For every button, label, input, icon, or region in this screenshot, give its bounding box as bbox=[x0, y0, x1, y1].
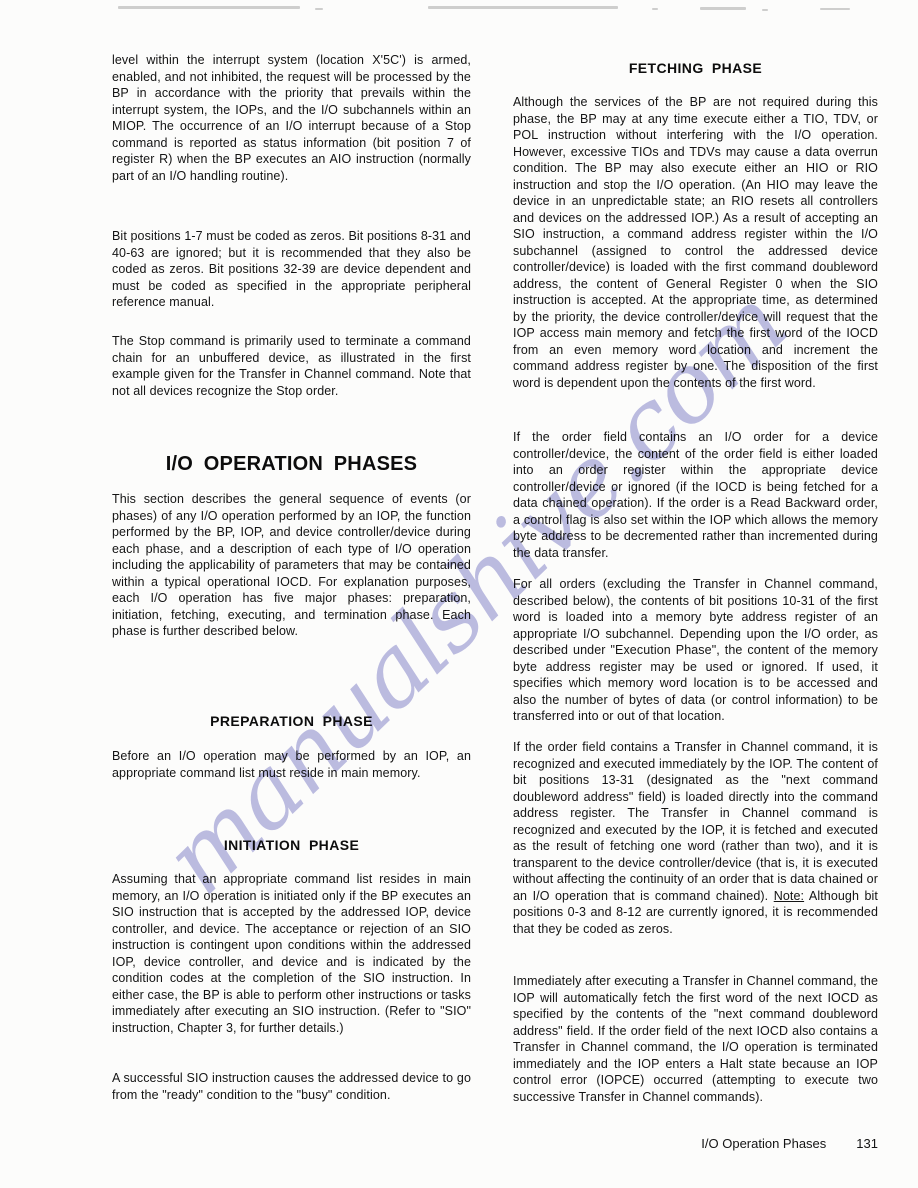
heading-initiation-phase: INITIATION PHASE bbox=[112, 837, 471, 853]
heading-fetching-phase: FETCHING PHASE bbox=[513, 60, 878, 76]
footer-section-label: I/O Operation Phases bbox=[701, 1136, 826, 1151]
scan-artifact bbox=[762, 9, 768, 11]
scan-artifact bbox=[700, 7, 746, 10]
paragraph-all-orders: For all orders (excluding the Transfer i… bbox=[513, 576, 878, 725]
page-footer: I/O Operation Phases 131 bbox=[513, 1136, 878, 1151]
scan-artifact bbox=[118, 6, 300, 9]
paragraph-interrupt-level-continued: level within the interrupt system (locat… bbox=[112, 52, 471, 184]
note-label: Note: bbox=[774, 889, 804, 903]
scanned-manual-page: level within the interrupt system (locat… bbox=[0, 0, 918, 1188]
tic-text-before: If the order field contains a Transfer i… bbox=[513, 740, 878, 903]
paragraph-transfer-in-channel: If the order field contains a Transfer i… bbox=[513, 739, 878, 937]
paragraph-preparation: Before an I/O operation may be performed… bbox=[112, 748, 471, 781]
paragraph-tic-fetch-next: Immediately after executing a Transfer i… bbox=[513, 973, 878, 1105]
paragraph-bit-positions: Bit positions 1-7 must be coded as zeros… bbox=[112, 228, 471, 311]
paragraph-order-field: If the order field contains an I/O order… bbox=[513, 429, 878, 561]
paragraph-section-intro: This section describes the general seque… bbox=[112, 491, 471, 640]
scan-artifact bbox=[820, 8, 850, 10]
heading-preparation-phase: PREPARATION PHASE bbox=[112, 713, 471, 729]
paragraph-initiation: Assuming that an appropriate command lis… bbox=[112, 871, 471, 1036]
scan-artifact bbox=[315, 8, 323, 10]
paragraph-fetching-overview: Although the services of the BP are not … bbox=[513, 94, 878, 391]
paragraph-sio-success: A successful SIO instruction causes the … bbox=[112, 1070, 471, 1103]
section-heading-io-operation-phases: I/O OPERATION PHASES bbox=[112, 453, 471, 476]
paragraph-stop-command: The Stop command is primarily used to te… bbox=[112, 333, 471, 399]
footer-page-number: 131 bbox=[856, 1136, 878, 1151]
scan-artifact bbox=[428, 6, 618, 9]
scan-artifact bbox=[652, 8, 658, 10]
